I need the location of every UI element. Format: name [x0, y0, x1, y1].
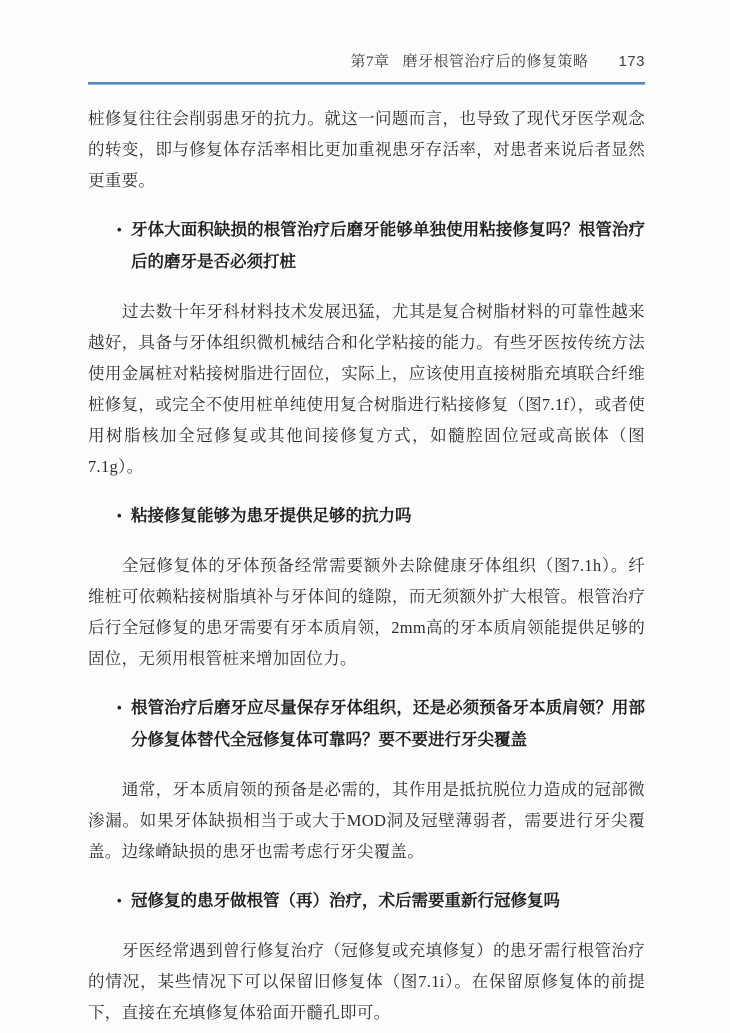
question-heading-3: • 根管治疗后磨牙应尽量保存牙体组织，还是必须预备牙本质肩领？用部分修复体替代全… [117, 692, 645, 756]
question-heading-1: • 牙体大面积缺损的根管治疗后磨牙能够单独使用粘接修复吗？根管治疗后的磨牙是否必… [117, 214, 645, 278]
question-heading-4: • 冠修复的患牙做根管（再）治疗，术后需要重新行冠修复吗 [117, 885, 645, 917]
header-rule [88, 82, 645, 85]
paragraph: 全冠修复体的牙体预备经常需要额外去除健康牙体组织（图7.1h）。纤维桩可依赖粘接… [88, 550, 645, 674]
bullet-icon: • [117, 692, 131, 756]
running-head: 第7章 磨牙根管治疗后的修复策略 173 [88, 52, 645, 72]
paragraph: 过去数十年牙科材料技术发展迅猛，尤其是复合树脂材料的可靠性越来越好，具备与牙体组… [88, 296, 645, 482]
paragraph: 通常，牙本质肩领的预备是必需的，其作用是抵抗脱位力造成的冠部微渗漏。如果牙体缺损… [88, 774, 645, 867]
question-text: 粘接修复能够为患牙提供足够的抗力吗 [131, 500, 645, 532]
paragraph-continued: 桩修复往往会削弱患牙的抗力。就这一问题而言，也导致了现代牙医学观念的转变，即与修… [88, 103, 645, 196]
question-text: 冠修复的患牙做根管（再）治疗，术后需要重新行冠修复吗 [131, 885, 645, 917]
bullet-icon: • [117, 500, 131, 532]
chapter-title: 磨牙根管治疗后的修复策略 [402, 52, 588, 72]
question-heading-2: • 粘接修复能够为患牙提供足够的抗力吗 [117, 500, 645, 532]
paragraph: 牙医经常遇到曾行修复治疗（冠修复或充填修复）的患牙需行根管治疗的情况，某些情况下… [88, 935, 645, 1028]
page-number: 173 [618, 52, 645, 72]
bullet-icon: • [117, 885, 131, 917]
question-text: 根管治疗后磨牙应尽量保存牙体组织，还是必须预备牙本质肩领？用部分修复体替代全冠修… [131, 692, 645, 756]
bullet-icon: • [117, 214, 131, 278]
book-page: 第7章 磨牙根管治疗后的修复策略 173 桩修复往往会削弱患牙的抗力。就这一问题… [0, 0, 730, 1033]
chapter-label: 第7章 [350, 52, 389, 72]
question-text: 牙体大面积缺损的根管治疗后磨牙能够单独使用粘接修复吗？根管治疗后的磨牙是否必须打… [131, 214, 645, 278]
